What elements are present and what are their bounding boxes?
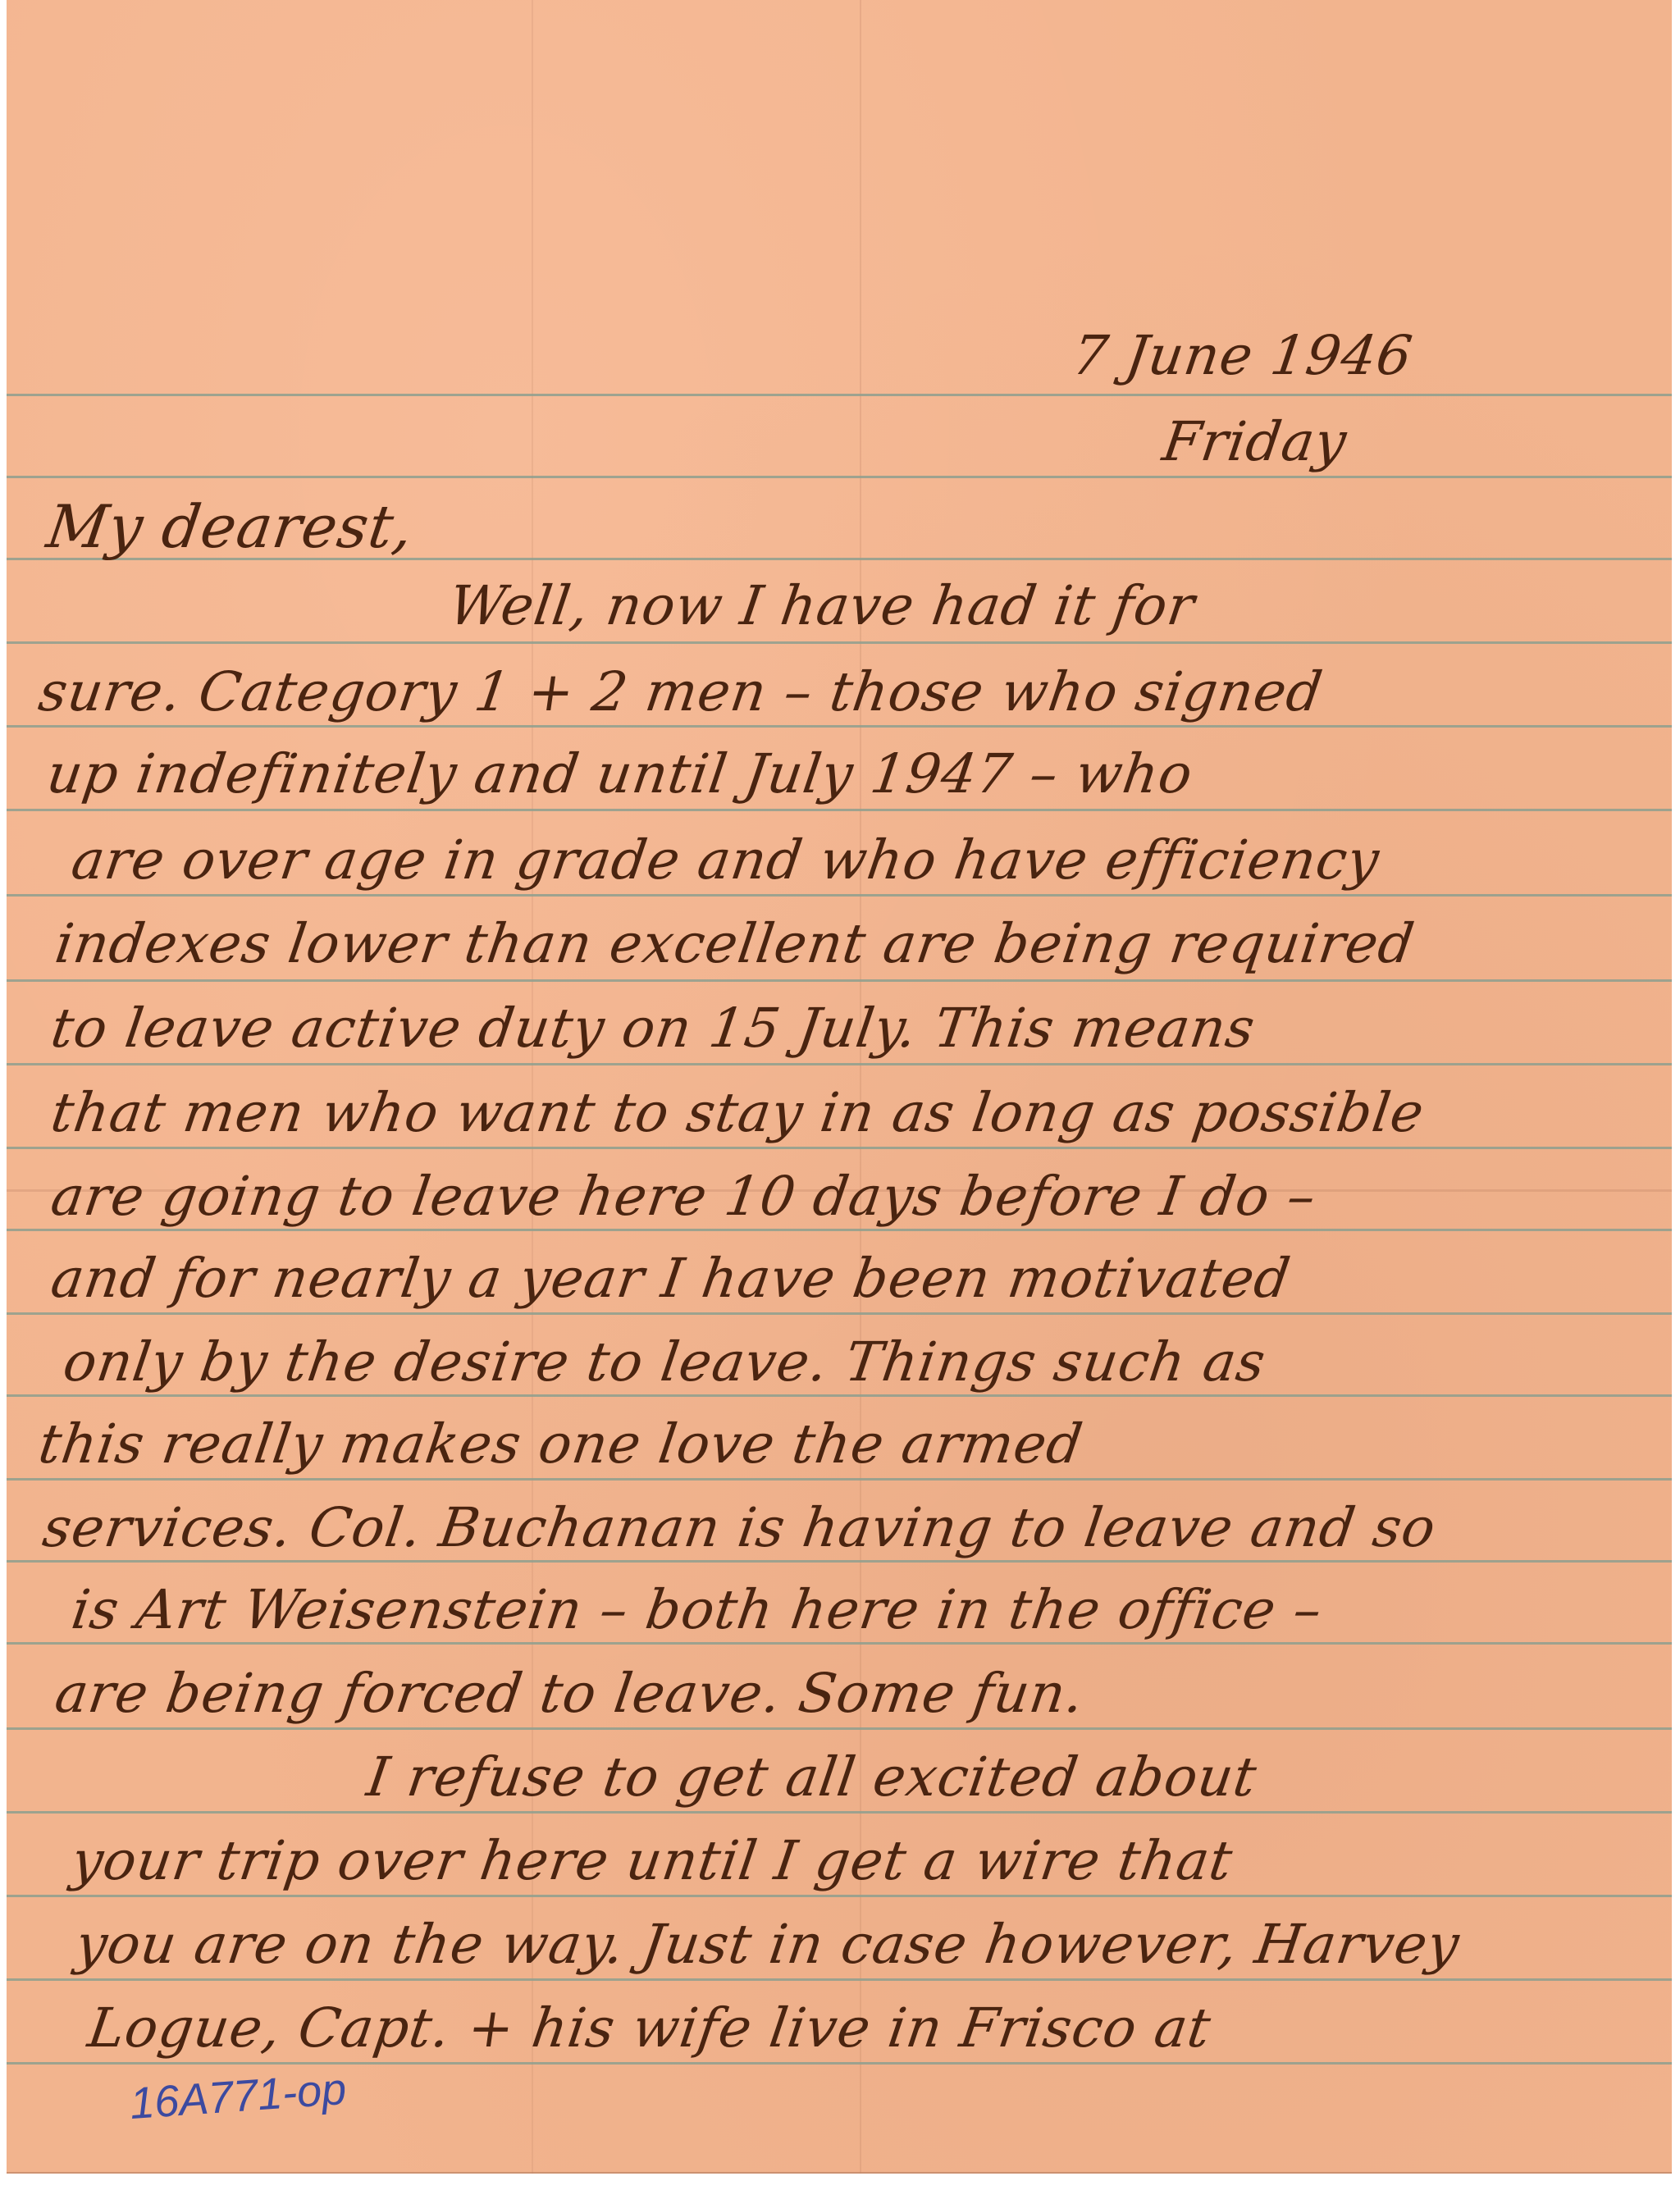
letter-line: to leave active duty on 15 July. This me… xyxy=(48,997,1259,1060)
ruled-line xyxy=(7,1811,1672,1814)
ruled-line xyxy=(7,809,1672,811)
letter-line: this really makes one love the armed xyxy=(35,1412,1087,1476)
letter-line: are over age in grade and who have effic… xyxy=(68,828,1384,892)
ruled-line xyxy=(7,1642,1672,1645)
letter-date: 7 June 1946 xyxy=(1069,324,1417,387)
ruled-line xyxy=(7,476,1672,478)
letter-salutation: My dearest, xyxy=(43,492,418,561)
ruled-line xyxy=(7,1978,1672,1981)
ruled-line xyxy=(7,1895,1672,1897)
ruled-line xyxy=(7,725,1672,728)
ruled-line xyxy=(7,1727,1672,1730)
letter-line: your trip over here until I get a wire t… xyxy=(68,1829,1237,1892)
ruled-line xyxy=(7,1312,1672,1315)
letter-line: Well, now I have had it for xyxy=(445,574,1199,637)
letter-line: and for nearly a year I have been motiva… xyxy=(48,1247,1294,1310)
letter-line: sure. Category 1 + 2 men – those who sig… xyxy=(35,660,1327,723)
ruled-line xyxy=(7,1147,1672,1149)
ruled-line xyxy=(7,1394,1672,1397)
letter-line: I refuse to get all excited about xyxy=(363,1745,1261,1809)
letter-page: 7 June 1946 Friday My dearest, Well, now… xyxy=(7,0,1672,2174)
letter-line: up indefinitely and until July 1947 – wh… xyxy=(43,742,1197,805)
ruled-line xyxy=(7,1063,1672,1065)
letter-line: indexes lower than excellent are being r… xyxy=(52,912,1419,975)
ruled-line xyxy=(7,1560,1672,1563)
letter-weekday: Friday xyxy=(1159,410,1351,473)
archive-annotation: 16A771-op xyxy=(128,2064,348,2129)
letter-line: that men who want to stay in as long as … xyxy=(48,1081,1428,1144)
letter-line: services. Col. Buchanan is having to lea… xyxy=(39,1496,1440,1559)
ruled-line xyxy=(7,641,1672,644)
letter-line: only by the desire to leave. Things such… xyxy=(60,1330,1270,1394)
letter-line: Logue, Capt. + his wife live in Frisco a… xyxy=(84,1996,1216,2060)
ruled-line xyxy=(7,1229,1672,1231)
letter-line: are going to leave here 10 days before I… xyxy=(48,1165,1321,1228)
ruled-line xyxy=(7,1478,1672,1481)
ruled-line xyxy=(7,394,1672,396)
ruled-line xyxy=(7,979,1672,982)
letter-line: you are on the way. Just in case however… xyxy=(72,1913,1464,1976)
ruled-line xyxy=(7,894,1672,897)
letter-line: is Art Weisenstein – both here in the of… xyxy=(68,1578,1326,1641)
letter-line: are being forced to leave. Some fun. xyxy=(52,1662,1089,1725)
ruled-line xyxy=(7,2062,1672,2065)
